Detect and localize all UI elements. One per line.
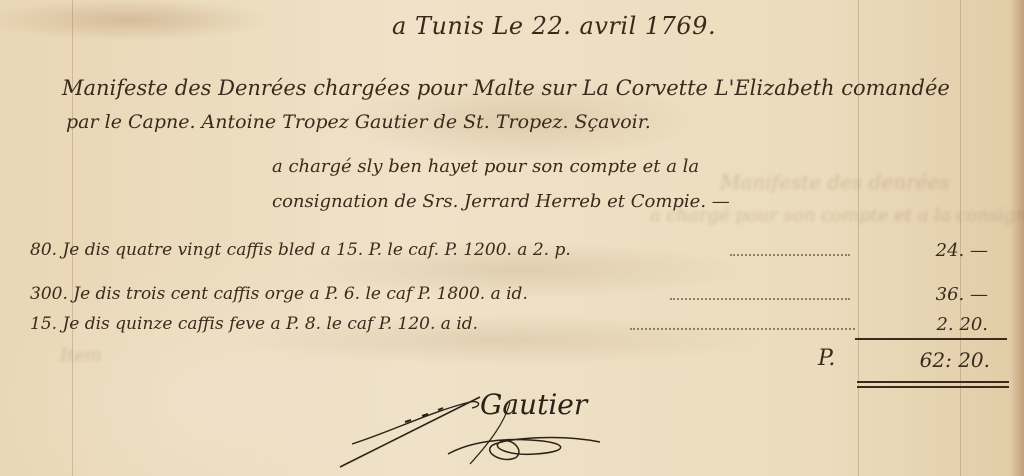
item-amount: 2. 20. — [900, 314, 988, 335]
signature-name: Gautier — [480, 388, 587, 421]
ledger-row: 300. Je dis trois cent caffis orge a P. … — [30, 284, 990, 310]
dotted-leader — [630, 328, 855, 330]
total-double-rule — [857, 386, 1009, 388]
amount-column-rule-right — [960, 0, 961, 476]
signature: Gautier — [330, 372, 630, 472]
ledger-row: 80. Je dis quatre vingt caffis bled a 15… — [30, 240, 990, 266]
total-amount: 62: 20. — [900, 348, 990, 372]
item-entry: 300. Je dis trois cent caffis orge a P. … — [30, 284, 528, 304]
amount-column-rule-left — [858, 0, 859, 476]
date-line: a Tunis Le 22. avril 1769. — [392, 12, 716, 40]
dotted-leader — [670, 298, 850, 300]
item-quantity: 15. — [30, 314, 57, 334]
subtotal-rule — [855, 338, 1007, 340]
item-entry: 15. Je dis quinze caffis feve a P. 8. le… — [30, 314, 478, 334]
consignment-line-1: a chargé sly ben hayet pour son compte e… — [272, 156, 699, 177]
total-currency-label: P. — [818, 346, 835, 371]
item-description: Je dis trois cent caffis orge a P. 6. le… — [73, 284, 528, 304]
left-margin-rule — [72, 0, 73, 476]
ledger-row: 15. Je dis quinze caffis feve a P. 8. le… — [30, 314, 990, 340]
signature-flourish-icon — [330, 372, 630, 472]
bleed-through-text: Manifeste des denrées — [720, 170, 950, 194]
manifest-heading-line-2: par le Capne. Antoine Tropez Gautier de … — [66, 111, 651, 133]
bleed-through-text: Item — [60, 345, 102, 366]
item-amount: 36. — — [900, 284, 988, 305]
manifest-heading-line-1: Manifeste des Denrées chargées pour Malt… — [62, 76, 950, 100]
item-entry: 80. Je dis quatre vingt caffis bled a 15… — [30, 240, 571, 260]
item-quantity: 300. — [30, 284, 68, 304]
consignment-line-2: consignation de Srs. Jerrard Herreb et C… — [272, 191, 730, 212]
item-amount: 24. — — [900, 240, 988, 261]
total-double-rule — [857, 381, 1009, 383]
dotted-leader — [730, 254, 850, 256]
item-description: Je dis quinze caffis feve a P. 8. le caf… — [62, 314, 478, 334]
item-quantity: 80. — [30, 240, 57, 260]
item-description: Je dis quatre vingt caffis bled a 15. P.… — [62, 240, 570, 260]
page-edge-shadow — [1010, 0, 1024, 476]
